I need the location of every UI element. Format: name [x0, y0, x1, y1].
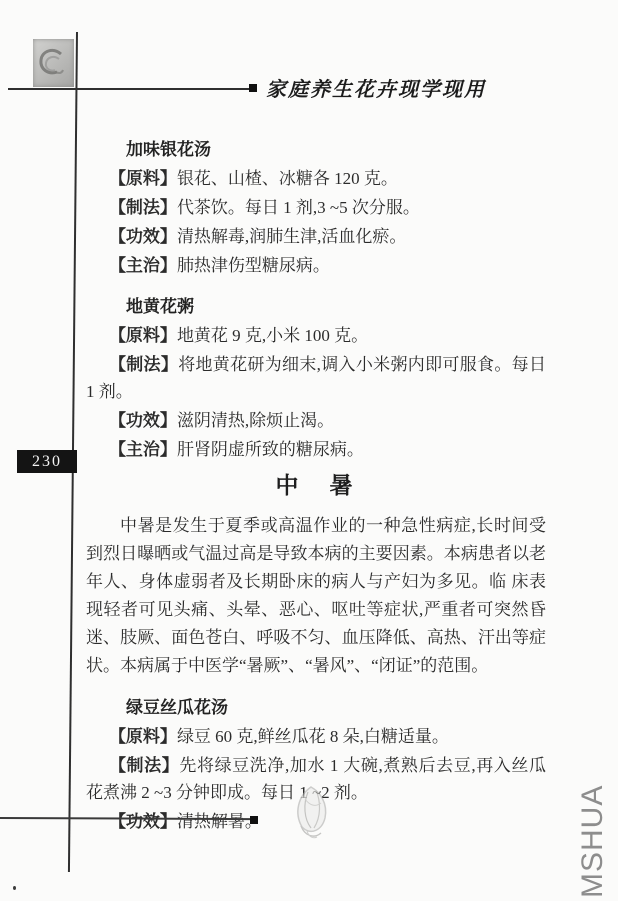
scanned-book-page: 家庭养生花卉现学现用 230 加味银花汤 【原料】银花、山楂、冰糖各 120 克… — [0, 0, 618, 901]
recipe-label: 【原料】 — [109, 169, 177, 188]
header-rule-endcap — [249, 84, 257, 92]
recipe-line-method: 【制法】将地黄花研为细末,调入小米粥内即可服食。每日 1 剂。 — [86, 351, 546, 405]
page-number-badge: 230 — [17, 450, 77, 473]
recipe-text: 肺热津伤型糖尿病。 — [177, 256, 330, 275]
recipe-line-effect: 【功效】清热解毒,润肺生津,活血化瘀。 — [86, 223, 546, 250]
recipe-text: 银花、山楂、冰糖各 120 克。 — [177, 169, 398, 188]
ink-dot-artifact — [13, 886, 16, 890]
publisher-watermark: MSHUA — [576, 785, 610, 898]
recipe-label: 【功效】 — [109, 227, 177, 246]
recipe-text: 代茶饮。每日 1 剂,3 ~5 次分服。 — [177, 198, 420, 217]
flower-watermark-icon — [283, 779, 337, 858]
publisher-logo — [33, 39, 74, 87]
recipe-text: 滋阴清热,除烦止渴。 — [177, 411, 334, 430]
recipe-text: 地黄花 9 克,小米 100 克。 — [177, 326, 368, 345]
chapter-heading: 中 暑 — [86, 470, 546, 500]
page-content: 加味银花汤 【原料】银花、山楂、冰糖各 120 克。 【制法】代茶饮。每日 1 … — [86, 136, 546, 835]
header-rule — [8, 88, 251, 90]
footer-rule-endcap — [250, 816, 258, 824]
recipe-label: 【原料】 — [109, 326, 177, 345]
recipe-line-method: 【制法】代茶饮。每日 1 剂,3 ~5 次分服。 — [86, 194, 546, 221]
recipe-label: 【制法】 — [109, 198, 177, 217]
recipe-title: 绿豆丝瓜花汤 — [86, 694, 546, 721]
logo-swirl-icon — [33, 39, 74, 87]
recipe-line-indication: 【主治】肝肾阴虚所致的糖尿病。 — [86, 436, 546, 463]
recipe-line-ingredients: 【原料】地黄花 9 克,小米 100 克。 — [86, 322, 546, 349]
recipe-label: 【制法】 — [109, 355, 178, 374]
recipe-title: 地黄花粥 — [86, 293, 546, 320]
recipe-line-indication: 【主治】肺热津伤型糖尿病。 — [86, 252, 546, 279]
recipe-label: 【主治】 — [109, 440, 177, 459]
chapter-intro: 中暑是发生于夏季或高温作业的一种急性病症,长时间受到烈日曝晒或气温过高是导致本病… — [86, 512, 546, 680]
recipe-label: 【功效】 — [109, 411, 177, 430]
recipe-text: 绿豆 60 克,鲜丝瓜花 8 朵,白糖适量。 — [177, 727, 449, 746]
recipe-label: 【原料】 — [109, 727, 177, 746]
recipe-line-effect: 【功效】滋阴清热,除烦止渴。 — [86, 407, 546, 434]
recipe-label: 【功效】 — [109, 812, 177, 831]
book-title: 家庭养生花卉现学现用 — [266, 73, 486, 102]
recipe-line-ingredients: 【原料】银花、山楂、冰糖各 120 克。 — [86, 165, 546, 192]
recipe-text: 肝肾阴虚所致的糖尿病。 — [177, 440, 364, 459]
recipe-label: 【主治】 — [109, 256, 177, 275]
recipe-text: 清热解毒,润肺生津,活血化瘀。 — [177, 227, 407, 246]
recipe-title: 加味银花汤 — [86, 136, 546, 163]
recipe-line-ingredients: 【原料】绿豆 60 克,鲜丝瓜花 8 朵,白糖适量。 — [86, 723, 546, 750]
recipe-label: 【制法】 — [109, 756, 179, 775]
